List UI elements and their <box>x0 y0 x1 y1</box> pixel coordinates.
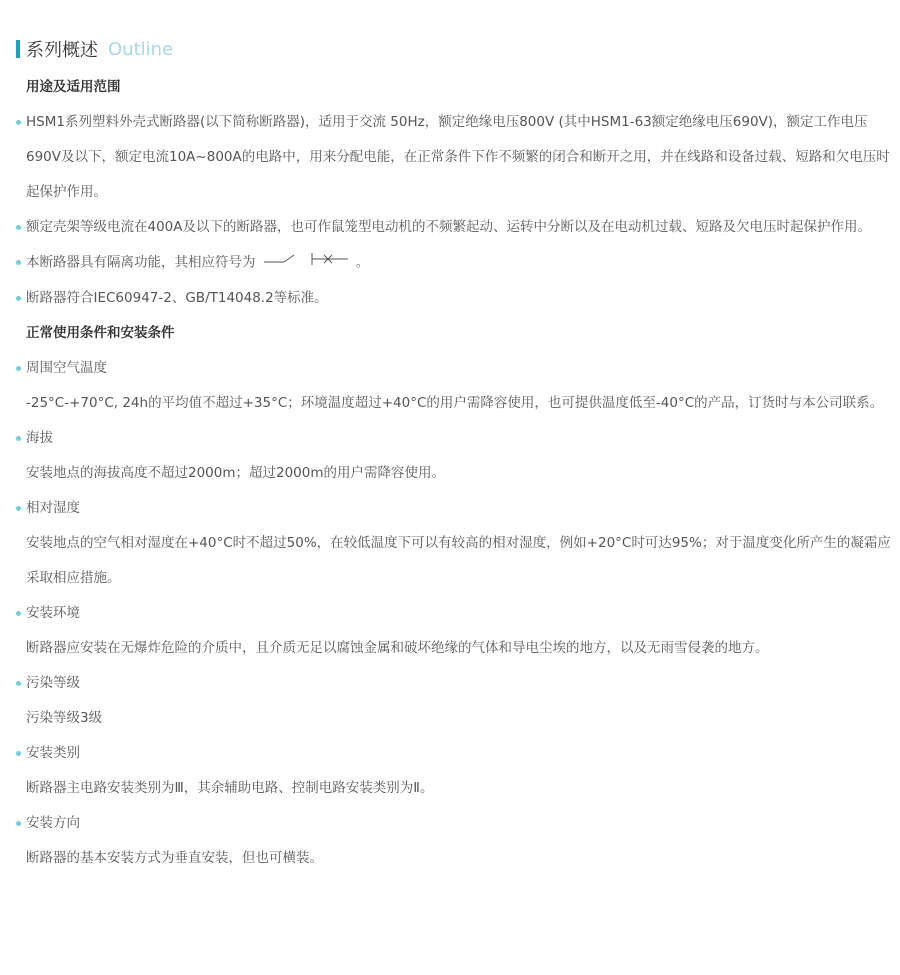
list-item: HSM1系列塑料外壳式断路器(以下简称断路器)，适用于交流 50Hz，额定绝缘电… <box>26 105 891 210</box>
page-title: 系列概述 <box>26 36 98 62</box>
list-item: 额定壳架等级电流在400A及以下的断路器，也可作鼠笼型电动机的不频繁起动、运转中… <box>26 210 891 245</box>
condition-label: 安装环境 <box>26 596 891 631</box>
condition-text: 污染等级3级 <box>26 701 891 736</box>
condition-label: 污染等级 <box>26 666 891 701</box>
condition-text: 安装地点的海拔高度不超过2000m；超过2000m的用户需降容使用。 <box>26 456 891 491</box>
condition-label: 海拔 <box>26 421 891 456</box>
condition-label: 安装类别 <box>26 736 891 771</box>
condition-label: 周围空气温度 <box>26 351 891 386</box>
section-header: 系列概述 Outline <box>16 38 173 60</box>
page-title-english: Outline <box>108 39 173 60</box>
list-item: 断路器符合IEC60947-2、GB/T14048.2等标准。 <box>26 281 891 316</box>
condition-text: 断路器主电路安装类别为Ⅲ，其余辅助电路、控制电路安装类别为Ⅱ。 <box>26 771 891 806</box>
list-item: 本断路器具有隔离功能，其相应符号为 。 <box>26 245 891 281</box>
condition-label: 相对湿度 <box>26 491 891 526</box>
condition-text: 安装地点的空气相对湿度在+40°C时不超过50%，在较低温度下可以有较高的相对湿… <box>26 526 891 596</box>
condition-text: -25°C-+70°C, 24h的平均值不超过+35°C；环境温度超过+40°C… <box>26 386 891 421</box>
content: 用途及适用范围 HSM1系列塑料外壳式断路器(以下简称断路器)，适用于交流 50… <box>26 70 891 876</box>
accent-bar <box>16 40 20 58</box>
isolator-switch-symbol-icon <box>262 245 354 280</box>
condition-text: 断路器的基本安装方式为垂直安装，但也可横装。 <box>26 841 891 876</box>
subheading-usage: 用途及适用范围 <box>26 70 891 105</box>
subheading-conditions: 正常使用条件和安装条件 <box>26 316 891 351</box>
condition-text: 断路器应安装在无爆炸危险的介质中，且介质无足以腐蚀金属和破坏绝缘的气体和导电尘埃… <box>26 631 891 666</box>
condition-label: 安装方向 <box>26 806 891 841</box>
